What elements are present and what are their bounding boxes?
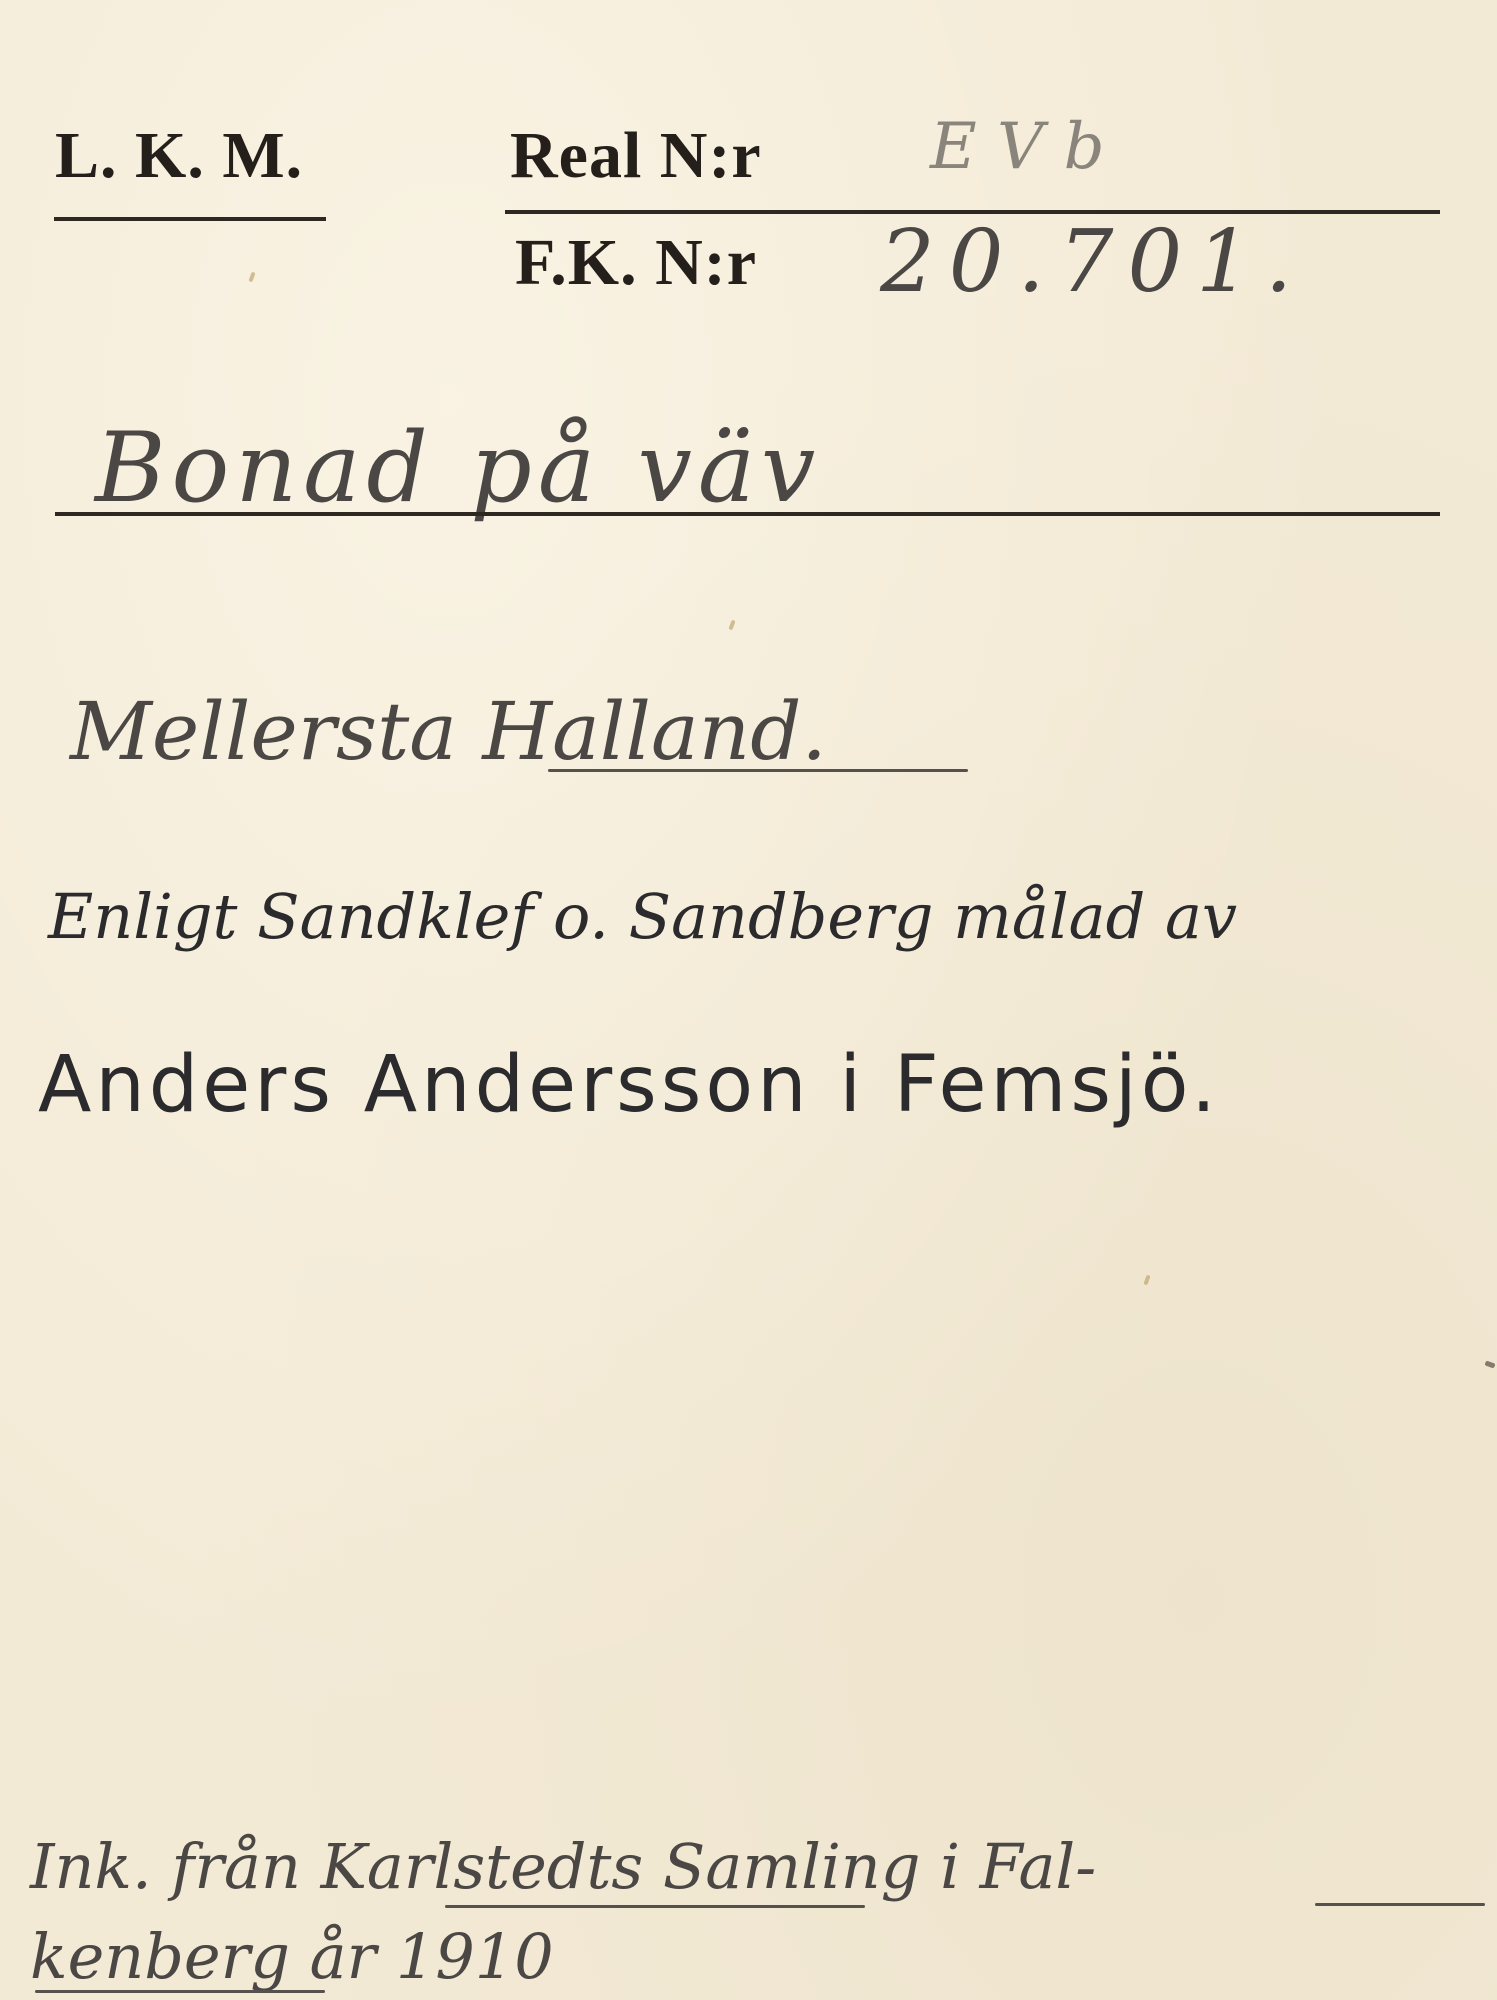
attribution-line: Enligt Sandklef o. Sandberg målad av (48, 880, 1237, 953)
paper-speck (248, 272, 255, 283)
paper-speck (1484, 1360, 1495, 1368)
provenance-underline-kenberg (35, 1990, 325, 1993)
object-title: Bonad på väv (95, 412, 821, 524)
region-line: Mellersta Halland. (70, 685, 827, 778)
fk-nr-label: F.K. N:r (515, 225, 757, 301)
real-nr-value: E V b (930, 110, 1105, 184)
catalog-card: L. K. M. Real N:r E V b F.K. N:r 20.701.… (0, 0, 1497, 2000)
provenance-underline-karlstedts (445, 1905, 865, 1908)
provenance-line-1: Ink. från Karlstedts Samling i Fal- (30, 1830, 1096, 1903)
institution-abbrev: L. K. M. (55, 118, 303, 194)
title-rule (55, 512, 1440, 516)
region-underline (548, 769, 968, 772)
fk-nr-value: 20.701. (880, 212, 1306, 312)
institution-underline (54, 217, 326, 221)
paper-speck (1143, 1275, 1150, 1286)
provenance-line-2: kenberg år 1910 (30, 1920, 554, 1993)
real-nr-label: Real N:r (510, 118, 762, 194)
artist-line: Anders Andersson i Femsjö. (38, 1040, 1220, 1130)
provenance-underline-fal (1315, 1903, 1485, 1906)
paper-speck (728, 620, 735, 631)
